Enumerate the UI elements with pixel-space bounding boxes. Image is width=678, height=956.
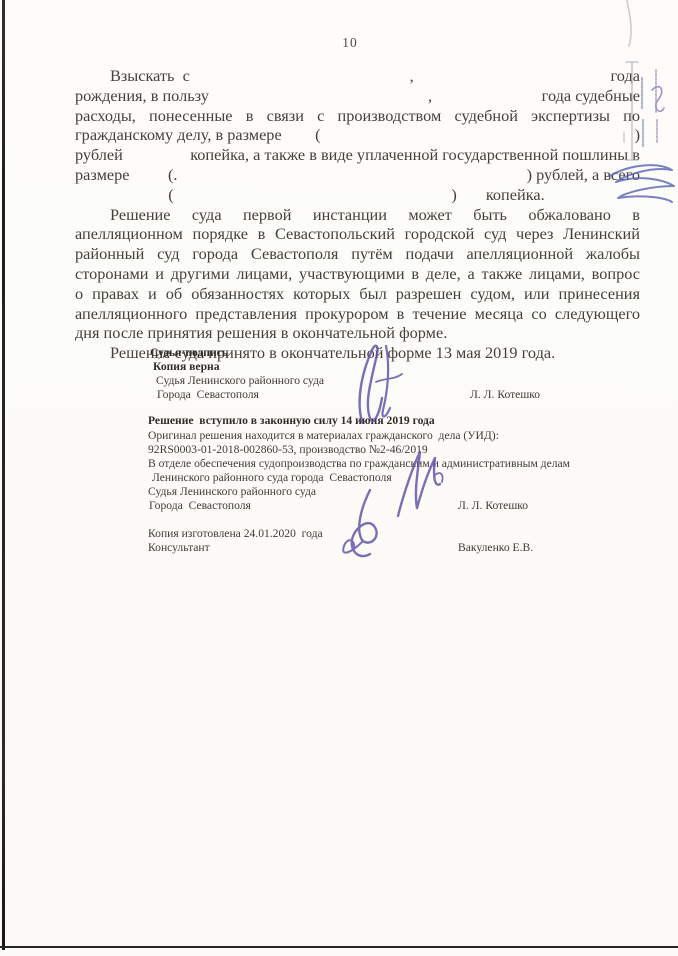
text-segment: (.: [168, 165, 178, 185]
blank-gap: [75, 80, 110, 81]
text-line: размере(.) рублей, а всего: [75, 165, 640, 185]
text-segment: Взыскать с: [110, 66, 190, 86]
blank-gap: [321, 139, 635, 140]
text-segment: ): [451, 185, 456, 205]
signature-judge-top: [346, 338, 410, 430]
stamp-line-text: Города Севастополя: [149, 499, 251, 512]
text-segment: (: [168, 185, 173, 205]
text-line: гражданскому делу, в размере(): [75, 125, 640, 145]
text-line: районный суд города Севастополя путём по…: [75, 244, 640, 264]
blank-gap: [457, 199, 486, 200]
stamp-line: В отделе обеспечения судопроизводства по…: [148, 457, 570, 470]
blank-gap: [174, 199, 452, 200]
text-segment: гражданскому делу, в размере: [75, 125, 282, 145]
stamp-line-text: Консультант: [148, 541, 210, 554]
text-line: рождения, в пользу,года судебные: [75, 86, 640, 106]
stamp-line: Города СевастополяЛ. Л. Котешко: [149, 499, 251, 512]
text-line: рублейкопейка, а также в виде уплаченной…: [75, 145, 640, 165]
stamp-line: Ленинского районного суда города Севасто…: [152, 471, 392, 484]
scanned-page: 10 Взыскать с,годарождения, в пользу,год…: [0, 0, 678, 956]
stamp-line: Судья Ленинского районного суда: [148, 485, 316, 498]
signatory-name: Вакуленко Е.В.: [458, 541, 533, 554]
stamp-line-text: Копия изготовлена 24.01.2020 года: [148, 527, 323, 540]
text-line: о правах и об обязанностях которых был р…: [75, 284, 640, 304]
text-segment: рождения, в пользу: [75, 86, 209, 106]
blank-gap: [414, 80, 611, 81]
stamp-line: Судья Ленинского районного суда: [156, 374, 324, 387]
stamp-line-text: Оригинал решения находится в материалах …: [148, 429, 499, 442]
blank-gap: [129, 179, 168, 180]
stamp-line-text: 92RS0003-01-2018-002860-53, производство…: [148, 443, 428, 456]
text-segment: рублей: [75, 145, 123, 165]
blank-gap: [177, 179, 526, 180]
scan-bottom-border: [0, 946, 678, 948]
blank-gap: [75, 199, 168, 200]
page-number: 10: [330, 35, 370, 51]
stamp-line: Города СевастополяЛ. Л. Котешко: [157, 388, 259, 401]
page-edge-artifact: [612, 50, 678, 175]
text-segment: ,: [428, 86, 432, 106]
text-line: расходы, понесенные в связи с производст…: [75, 106, 640, 126]
text-line: сторонами и другими лицами, участвующими…: [75, 264, 640, 284]
text-segment: копейка, а также в виде уплаченной госуд…: [190, 145, 640, 165]
signature-consultant: [326, 484, 398, 564]
body-text: Взыскать с,годарождения, в пользу,года с…: [75, 66, 640, 363]
stamp-line-text: В отделе обеспечения судопроизводства по…: [148, 457, 570, 470]
stamp-line: 92RS0003-01-2018-002860-53, производство…: [148, 443, 428, 456]
signatory-name: Л. Л. Котешко: [470, 388, 540, 401]
stamp-line: КонсультантВакуленко Е.В.: [148, 541, 210, 554]
signatory-name: Л. Л. Котешко: [458, 499, 528, 512]
text-segment: размере: [75, 165, 129, 185]
blank-gap: [209, 100, 428, 101]
text-line: Взыскать с,года: [75, 66, 640, 86]
signature-judge-bottom: [390, 448, 446, 524]
stamp-line-text: Судья Ленинского районного суда: [148, 485, 316, 498]
blank-gap: [432, 100, 542, 101]
blank-gap: [123, 159, 190, 160]
text-line: апелляционного представления прокурором …: [75, 304, 640, 324]
stamp-line: Оригинал решения находится в материалах …: [148, 429, 499, 442]
text-line: апелляционном порядке в Севастопольский …: [75, 224, 640, 244]
text-segment: (: [315, 125, 320, 145]
text-segment: ,: [410, 66, 414, 86]
stamp-line-text: Ленинского районного суда города Севасто…: [152, 471, 392, 484]
text-segment: копейка.: [486, 185, 545, 205]
stamp-line-text: Города Севастополя: [157, 388, 259, 401]
blank-gap: [190, 80, 410, 81]
corner-crease-line: [615, 0, 655, 50]
stamp-line-text: Судья Ленинского районного суда: [156, 374, 324, 387]
blank-gap: [282, 139, 315, 140]
text-line: Решение суда первой инстанции может быть…: [75, 205, 640, 225]
scan-left-border: [2, 0, 5, 950]
stamp-line: Копия изготовлена 24.01.2020 года: [148, 527, 323, 540]
text-line: ()копейка.: [75, 185, 640, 205]
